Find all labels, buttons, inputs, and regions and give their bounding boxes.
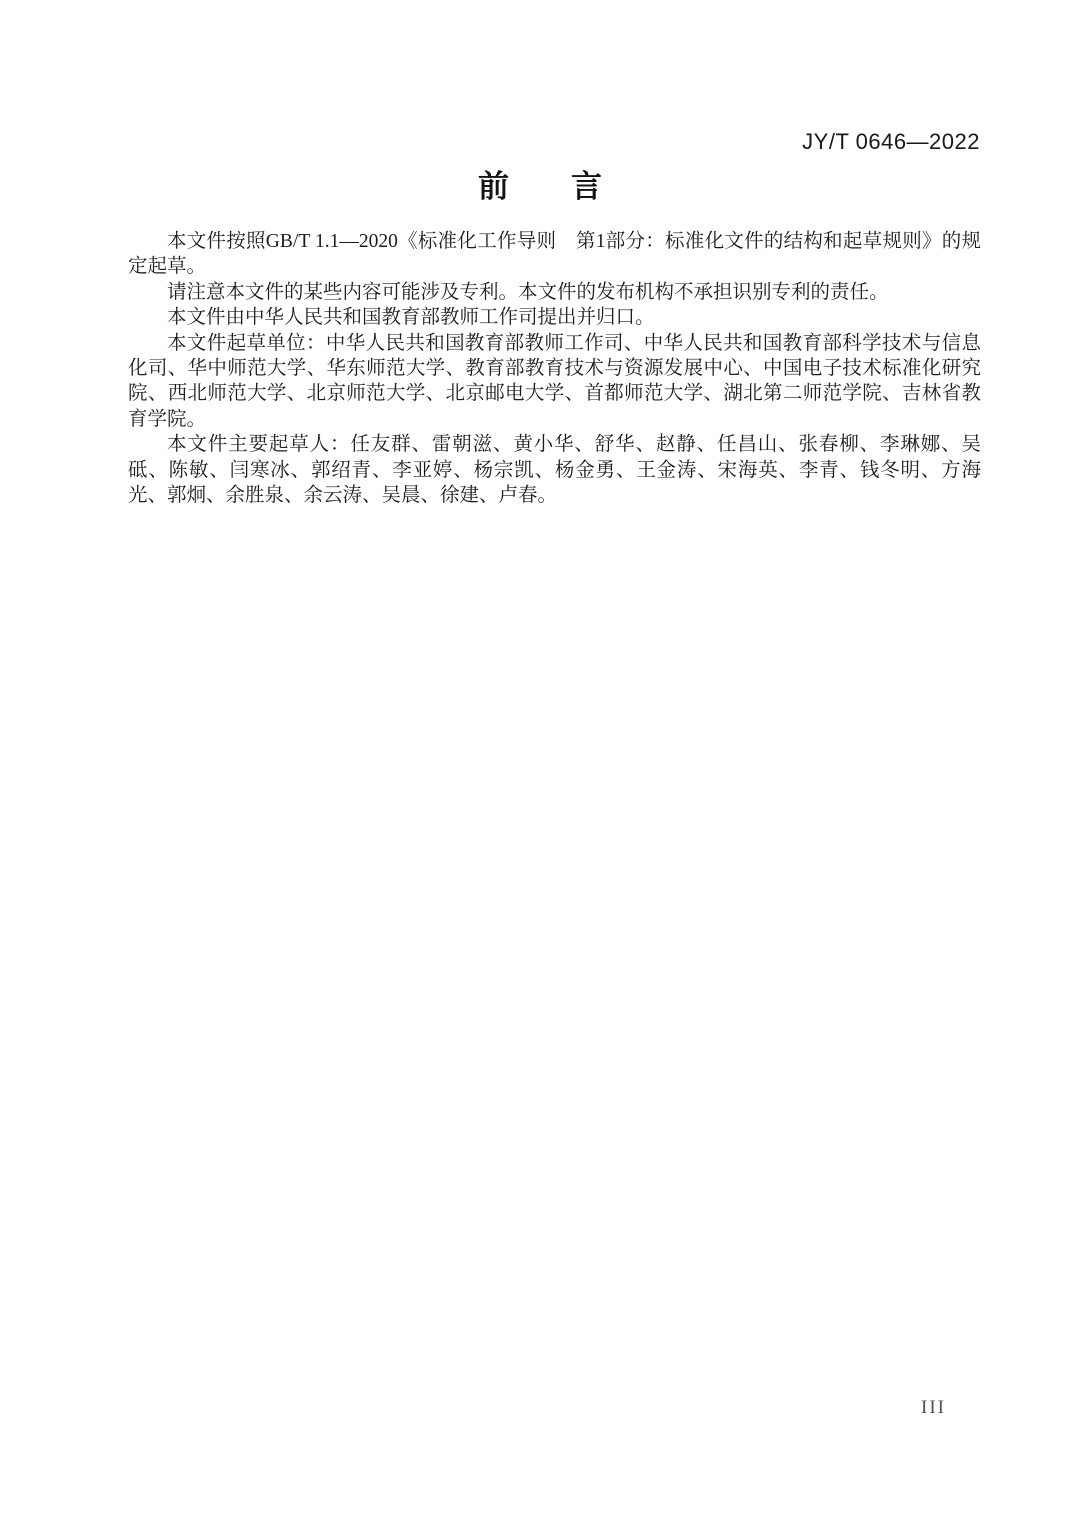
document-page: JY/T 0646—2022 前 言 本文件按照GB/T 1.1—2020《标准… bbox=[0, 0, 1080, 1527]
document-number: JY/T 0646—2022 bbox=[802, 129, 980, 155]
paragraph-drafting-rules: 本文件按照GB/T 1.1—2020《标准化工作导则 第1部分：标准化文件的结构… bbox=[128, 229, 981, 280]
page-title: 前 言 bbox=[0, 161, 1080, 206]
page-number: III bbox=[921, 1397, 946, 1419]
paragraph-main-drafters: 本文件主要起草人：任友群、雷朝滋、黄小华、舒华、赵静、任昌山、张春柳、李琳娜、吴… bbox=[128, 432, 981, 508]
paragraph-proposing-body: 本文件由中华人民共和国教育部教师工作司提出并归口。 bbox=[128, 305, 981, 330]
paragraph-patent-notice: 请注意本文件的某些内容可能涉及专利。本文件的发布机构不承担识别专利的责任。 bbox=[128, 280, 981, 305]
paragraph-drafting-organizations: 本文件起草单位：中华人民共和国教育部教师工作司、中华人民共和国教育部科学技术与信… bbox=[128, 331, 981, 433]
foreword-body: 本文件按照GB/T 1.1—2020《标准化工作导则 第1部分：标准化文件的结构… bbox=[128, 229, 981, 508]
